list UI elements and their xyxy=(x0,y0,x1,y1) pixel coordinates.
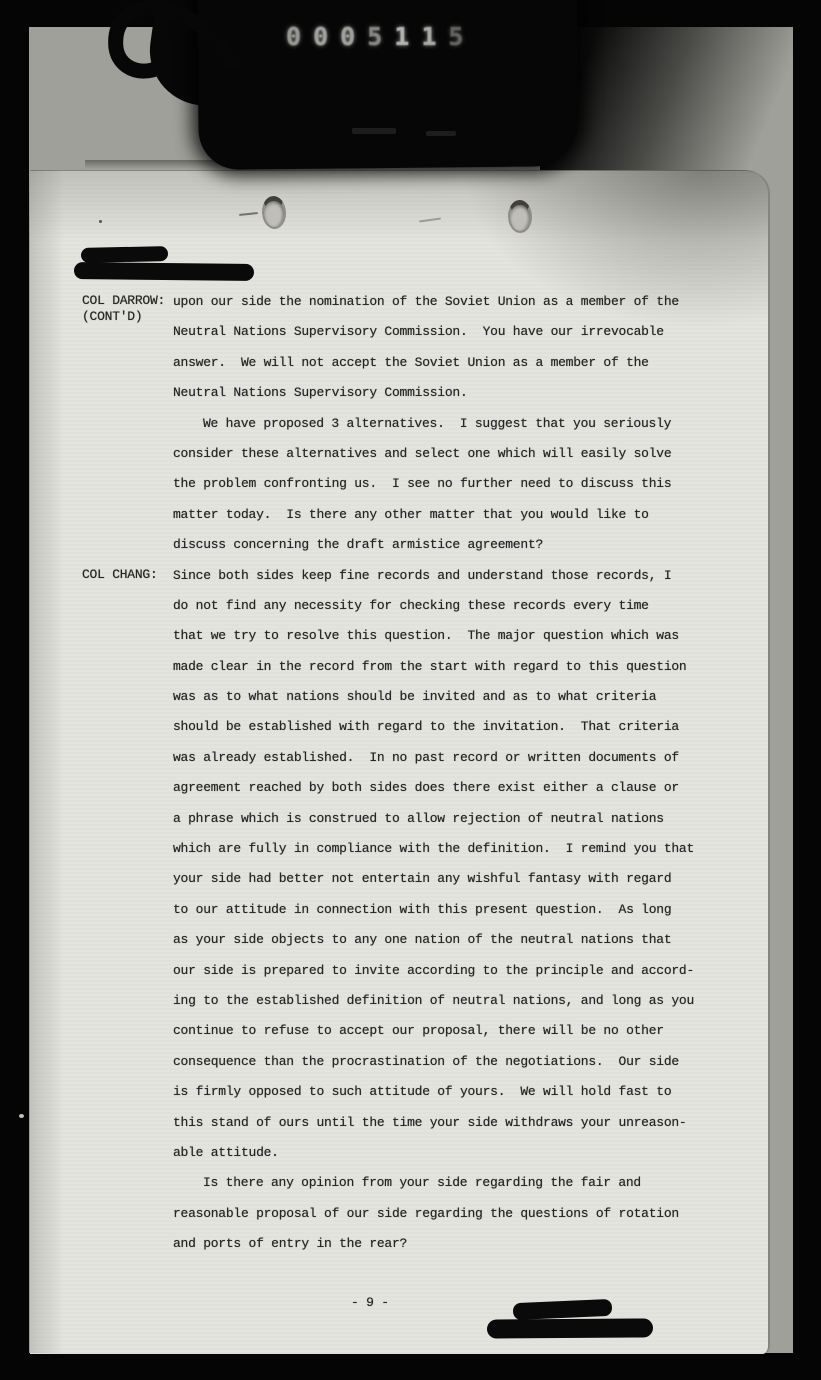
redaction-bar xyxy=(487,1318,653,1338)
counter-digit: 5 xyxy=(448,22,463,51)
transcript-line: do not find any necessity for checking t… xyxy=(173,591,748,621)
speaker-contd-note: (CONT'D) xyxy=(82,309,142,325)
transcript-line: consider these alternatives and select o… xyxy=(173,439,748,469)
device-slot xyxy=(426,131,456,136)
transcript-line: matter today. Is there any other matter … xyxy=(173,500,748,530)
redaction-bar xyxy=(74,262,254,281)
transcript-line: ing to the established definition of neu… xyxy=(173,986,748,1016)
counter-digit: 1 xyxy=(421,22,436,51)
transcript-line: able attitude. xyxy=(173,1138,748,1168)
transcript-line: made clear in the record from the start … xyxy=(173,652,748,682)
transcript-line: Neutral Nations Supervisory Commission. xyxy=(173,378,748,408)
transcript-line: agreement reached by both sides does the… xyxy=(173,773,748,803)
speaker-label-darrow: COL DARROW: xyxy=(82,293,165,309)
transcript-line: reasonable proposal of our side regardin… xyxy=(173,1199,748,1229)
transcript-line: your side had better not entertain any w… xyxy=(173,864,748,894)
transcript-line: our side is prepared to invite according… xyxy=(173,956,748,986)
transcript-line: answer. We will not accept the Soviet Un… xyxy=(173,348,748,378)
counter-digit: 5 xyxy=(367,22,382,51)
film-counter-display: 0 0 0 5 1 1 5 xyxy=(286,18,516,54)
transcript-line: Neutral Nations Supervisory Commission. … xyxy=(173,317,748,347)
cable-icon xyxy=(92,0,242,86)
counter-digit: 0 xyxy=(286,22,301,51)
transcript-body: upon our side the nomination of the Sovi… xyxy=(173,287,748,1260)
transcript-line: was as to what nations should be invited… xyxy=(173,682,748,712)
transcript-line: to our attitude in connection with this … xyxy=(173,895,748,925)
film-speck xyxy=(19,1114,24,1118)
counter-digit: 1 xyxy=(394,22,409,51)
redaction-bar xyxy=(81,246,168,263)
transcript-line: that we try to resolve this question. Th… xyxy=(173,621,748,651)
page-number: - 9 - xyxy=(351,1295,389,1310)
transcript-line: was already established. In no past reco… xyxy=(173,743,748,773)
ink-speck xyxy=(99,220,102,223)
transcript-line: is firmly opposed to such attitude of yo… xyxy=(173,1077,748,1107)
counter-digit: 0 xyxy=(340,22,355,51)
transcript-line: this stand of ours until the time your s… xyxy=(173,1108,748,1138)
transcript-line: should be established with regard to the… xyxy=(173,712,748,742)
transcript-line: and ports of entry in the rear? xyxy=(173,1229,748,1259)
transcript-line: continue to refuse to accept our proposa… xyxy=(173,1016,748,1046)
transcript-line: Since both sides keep fine records and u… xyxy=(173,561,748,591)
speaker-label-chang: COL CHANG: xyxy=(82,567,158,583)
transcript-line: the problem confronting us. I see no fur… xyxy=(173,469,748,499)
transcript-line: which are fully in compliance with the d… xyxy=(173,834,748,864)
transcript-line: Is there any opinion from your side rega… xyxy=(173,1168,748,1198)
counter-digit: 0 xyxy=(313,22,328,51)
microfilm-document-scan: 0 0 0 5 1 1 5 COL DARROW: (CONT'D) COL C… xyxy=(0,0,821,1380)
transcript-line: as your side objects to any one nation o… xyxy=(173,925,748,955)
transcript-line: consequence than the procrastination of … xyxy=(173,1047,748,1077)
transcript-line: We have proposed 3 alternatives. I sugge… xyxy=(173,409,748,439)
transcript-line: discuss concerning the draft armistice a… xyxy=(173,530,748,560)
device-slot xyxy=(352,128,396,134)
transcript-line: upon our side the nomination of the Sovi… xyxy=(173,287,748,317)
transcript-line: a phrase which is construed to allow rej… xyxy=(173,804,748,834)
